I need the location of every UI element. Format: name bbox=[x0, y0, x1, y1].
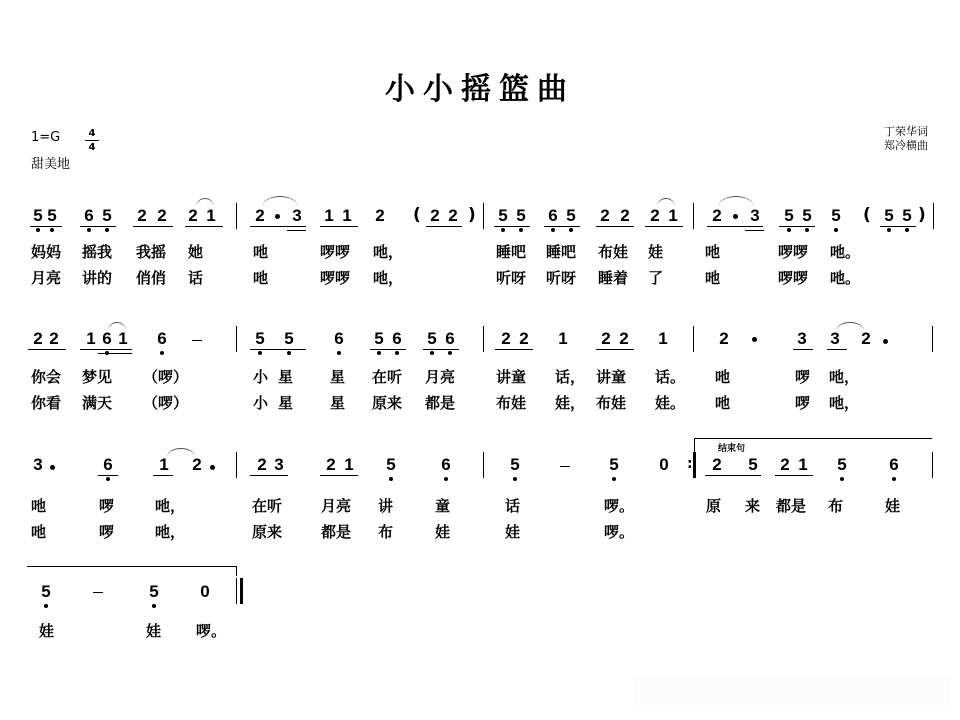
lyric: 啰啰 bbox=[320, 241, 350, 262]
bar-line bbox=[933, 203, 934, 229]
fraction-bar bbox=[85, 140, 99, 141]
note: 2 bbox=[599, 330, 613, 348]
note: 2 bbox=[253, 207, 267, 225]
lyric: 月亮 bbox=[425, 366, 455, 387]
song-title: 小小摇篮曲 bbox=[0, 64, 960, 108]
underline bbox=[28, 349, 66, 350]
lyric: 睡吧 bbox=[496, 241, 526, 262]
underline bbox=[793, 349, 813, 350]
note: 2 bbox=[190, 456, 204, 474]
note: 2 bbox=[517, 330, 531, 348]
lyric: 吔， bbox=[155, 521, 185, 542]
lyric: 话。 bbox=[655, 366, 685, 387]
lyric: 小 bbox=[253, 392, 268, 413]
note: 2 bbox=[155, 207, 169, 225]
note: 6 bbox=[390, 330, 404, 348]
note: 5 bbox=[100, 207, 114, 225]
bar-line bbox=[236, 203, 237, 229]
augmentation-dot bbox=[210, 465, 215, 470]
lyric: 吔 bbox=[31, 495, 46, 516]
lyric: 吔， bbox=[373, 267, 403, 288]
note: 5 bbox=[800, 207, 814, 225]
lyric: 啰 bbox=[795, 392, 810, 413]
note: 0 bbox=[198, 583, 212, 601]
note: 2 bbox=[618, 207, 632, 225]
lyric: 月亮 bbox=[321, 495, 351, 516]
lyric: 娃 bbox=[885, 495, 900, 516]
key-signature: 1=G bbox=[31, 130, 60, 145]
lyric: 睡吧 bbox=[546, 241, 576, 262]
underline bbox=[880, 226, 916, 227]
underline bbox=[645, 226, 683, 227]
note: 2 bbox=[446, 207, 460, 225]
augmentation-dot bbox=[752, 337, 757, 342]
underline bbox=[495, 349, 533, 350]
note: 5 bbox=[253, 330, 267, 348]
lyric: 吔 bbox=[705, 241, 720, 262]
close-paren: ) bbox=[468, 205, 476, 225]
note: 3 bbox=[31, 456, 45, 474]
note: 6 bbox=[887, 456, 901, 474]
lyric: 吔， bbox=[155, 495, 185, 516]
note: 2 bbox=[778, 456, 792, 474]
note: 5 bbox=[425, 330, 439, 348]
note: 6 bbox=[546, 207, 560, 225]
bar-line bbox=[932, 326, 933, 352]
note: 3 bbox=[748, 207, 762, 225]
lyric: 星 bbox=[278, 392, 293, 413]
note: 5 bbox=[829, 207, 843, 225]
note: 5 bbox=[384, 456, 398, 474]
slur bbox=[167, 448, 195, 457]
time-signature-bottom: 4 bbox=[85, 142, 99, 153]
lyric: 布 bbox=[378, 521, 393, 542]
note: 3 bbox=[795, 330, 809, 348]
lyric: 吔。 bbox=[830, 241, 860, 262]
lyric: 妈妈 bbox=[31, 241, 61, 262]
note: 2 bbox=[324, 456, 338, 474]
open-paren: ( bbox=[413, 205, 421, 225]
lyric: 摇我 bbox=[82, 241, 112, 262]
lyric: 话 bbox=[188, 267, 203, 288]
lyric: 原来 bbox=[372, 392, 402, 413]
lyric: 吔， bbox=[829, 392, 859, 413]
underline bbox=[320, 475, 358, 476]
note: 1 bbox=[322, 207, 336, 225]
note: 2 bbox=[31, 330, 45, 348]
dash bbox=[93, 592, 103, 593]
note: 1 bbox=[84, 330, 98, 348]
underline bbox=[745, 230, 764, 231]
lyric: 啰。 bbox=[604, 521, 634, 542]
note: 6 bbox=[439, 456, 453, 474]
note: 5 bbox=[39, 583, 53, 601]
lyric: 啰 bbox=[99, 495, 114, 516]
lyric: 娃 bbox=[505, 521, 520, 542]
lyric: 满天 bbox=[82, 392, 112, 413]
ending-label: 结束句 bbox=[718, 441, 745, 454]
underline bbox=[250, 226, 306, 227]
note: 2 bbox=[186, 207, 200, 225]
underline bbox=[707, 226, 763, 227]
bar-line bbox=[483, 452, 484, 478]
lyric: 听呀 bbox=[546, 267, 576, 288]
note: 1 bbox=[796, 456, 810, 474]
underline bbox=[185, 226, 223, 227]
note: 2 bbox=[428, 207, 442, 225]
note: 0 bbox=[657, 456, 671, 474]
lyric: 来 bbox=[745, 495, 760, 516]
note: 1 bbox=[556, 330, 570, 348]
credits: 丁荣华词 郑冷横曲 bbox=[884, 125, 928, 153]
lyric: 布娃 bbox=[496, 392, 526, 413]
ending-bracket bbox=[694, 438, 932, 439]
underline bbox=[153, 475, 173, 476]
lyric: 娃 bbox=[146, 620, 161, 641]
underline bbox=[287, 230, 306, 231]
lyric: 啰啰 bbox=[778, 267, 808, 288]
slur bbox=[718, 196, 754, 207]
lyric: 啰。 bbox=[196, 620, 226, 641]
note: 5 bbox=[564, 207, 578, 225]
lyric: 星 bbox=[330, 366, 345, 387]
underline bbox=[133, 226, 173, 227]
note: 3 bbox=[272, 456, 286, 474]
underline bbox=[544, 226, 580, 227]
underline bbox=[370, 349, 406, 350]
note: 2 bbox=[710, 207, 724, 225]
note: 2 bbox=[373, 207, 387, 225]
lyric: 她 bbox=[188, 241, 203, 262]
note: 6 bbox=[100, 330, 114, 348]
note: 2 bbox=[859, 330, 873, 348]
lyric: 在听 bbox=[252, 495, 282, 516]
note: 2 bbox=[47, 330, 61, 348]
slur bbox=[836, 322, 864, 331]
note: 6 bbox=[332, 330, 346, 348]
bar-line bbox=[483, 326, 484, 352]
lyric: 娃 bbox=[39, 620, 54, 641]
lyric: 俏俏 bbox=[136, 267, 166, 288]
lyric: 娃， bbox=[555, 392, 585, 413]
lyric: 了 bbox=[648, 267, 663, 288]
note: 2 bbox=[499, 330, 513, 348]
note: 3 bbox=[290, 207, 304, 225]
bar-line bbox=[693, 203, 694, 229]
dash bbox=[560, 466, 570, 467]
lyric: 都是 bbox=[776, 495, 806, 516]
repeat-bar-line bbox=[693, 452, 696, 478]
lyric: 啰啰 bbox=[320, 267, 350, 288]
lyric: 娃。 bbox=[655, 392, 685, 413]
note: 3 bbox=[828, 330, 842, 348]
bar-line bbox=[483, 203, 484, 229]
lyric: 吔 bbox=[253, 267, 268, 288]
note: 2 bbox=[255, 456, 269, 474]
lyric: 原 bbox=[706, 495, 721, 516]
note: 5 bbox=[514, 207, 528, 225]
note: 5 bbox=[607, 456, 621, 474]
note: 1 bbox=[666, 207, 680, 225]
lyric: 梦见 bbox=[82, 366, 112, 387]
lyric: 讲童 bbox=[496, 366, 526, 387]
lyric: 你会 bbox=[31, 366, 61, 387]
note: 2 bbox=[135, 207, 149, 225]
bar-line bbox=[932, 452, 933, 478]
composer: 郑冷横曲 bbox=[884, 139, 928, 153]
note: 1 bbox=[656, 330, 670, 348]
lyric: 啰。 bbox=[604, 495, 634, 516]
augmentation-dot bbox=[883, 339, 888, 344]
lyric: 在听 bbox=[372, 366, 402, 387]
ending-bracket bbox=[27, 566, 237, 567]
ending-bracket-hook bbox=[694, 438, 695, 452]
underline bbox=[494, 226, 530, 227]
slur bbox=[108, 322, 126, 331]
underline bbox=[320, 226, 358, 227]
lyric: 讲童 bbox=[596, 366, 626, 387]
lyric: 讲的 bbox=[82, 267, 112, 288]
note: 1 bbox=[204, 207, 218, 225]
slur bbox=[196, 198, 214, 207]
underline bbox=[250, 475, 288, 476]
slur bbox=[657, 198, 675, 207]
note: 6 bbox=[101, 456, 115, 474]
note: 5 bbox=[882, 207, 896, 225]
underline bbox=[98, 475, 118, 476]
close-paren: ) bbox=[918, 205, 926, 225]
lyric: 都是 bbox=[425, 392, 455, 413]
note: 6 bbox=[82, 207, 96, 225]
note: 6 bbox=[155, 330, 169, 348]
note: 5 bbox=[746, 456, 760, 474]
lyric: 星 bbox=[278, 366, 293, 387]
lyric: （啰） bbox=[143, 392, 188, 413]
lyric: 吔 bbox=[705, 267, 720, 288]
lyric: 讲 bbox=[378, 495, 393, 516]
lyric: 我摇 bbox=[136, 241, 166, 262]
bar-line bbox=[236, 326, 237, 352]
lyric: （啰） bbox=[143, 366, 188, 387]
underline bbox=[30, 226, 62, 227]
lyric: 啰 bbox=[99, 521, 114, 542]
note: 5 bbox=[900, 207, 914, 225]
underline bbox=[775, 475, 813, 476]
note: 5 bbox=[782, 207, 796, 225]
faint-watermark-area bbox=[633, 675, 951, 711]
lyric: 话， bbox=[555, 366, 585, 387]
note: 1 bbox=[342, 456, 356, 474]
note: 5 bbox=[835, 456, 849, 474]
note: 5 bbox=[372, 330, 386, 348]
lyric: 童 bbox=[435, 495, 450, 516]
note: 1 bbox=[157, 456, 171, 474]
note: 2 bbox=[710, 456, 724, 474]
note: 5 bbox=[31, 207, 45, 225]
underline bbox=[705, 475, 761, 476]
lyric: 布 bbox=[828, 495, 843, 516]
lyric: 你看 bbox=[31, 392, 61, 413]
augmentation-dot bbox=[275, 214, 280, 219]
tempo-marking: 甜美地 bbox=[31, 153, 70, 172]
augmentation-dot bbox=[733, 214, 738, 219]
lyric: 娃 bbox=[648, 241, 663, 262]
note: 2 bbox=[648, 207, 662, 225]
underline bbox=[779, 226, 815, 227]
ending-bracket-hook bbox=[236, 566, 237, 576]
underline bbox=[827, 349, 847, 350]
augmentation-dot bbox=[50, 465, 55, 470]
lyricist: 丁荣华词 bbox=[884, 125, 928, 139]
final-bar-thick bbox=[240, 578, 243, 604]
lyric: 吔 bbox=[31, 521, 46, 542]
underline bbox=[80, 226, 116, 227]
lyric: 吔 bbox=[715, 392, 730, 413]
underline bbox=[596, 349, 634, 350]
lyric: 布娃 bbox=[598, 241, 628, 262]
lyric: 都是 bbox=[321, 521, 351, 542]
bar-line bbox=[236, 452, 237, 478]
lyric: 吔， bbox=[373, 241, 403, 262]
dash bbox=[192, 340, 202, 341]
note: 5 bbox=[496, 207, 510, 225]
time-signature-top: 4 bbox=[85, 128, 99, 139]
lyric: 小 bbox=[253, 366, 268, 387]
note: 6 bbox=[443, 330, 457, 348]
underline bbox=[250, 349, 306, 350]
final-bar-thin bbox=[236, 578, 237, 604]
lyric: 吔。 bbox=[830, 267, 860, 288]
underline bbox=[80, 349, 132, 350]
lyric: 听呀 bbox=[496, 267, 526, 288]
lyric: 月亮 bbox=[31, 267, 61, 288]
note: 1 bbox=[116, 330, 130, 348]
note: 2 bbox=[598, 207, 612, 225]
open-paren: ( bbox=[863, 205, 871, 225]
lyric: 吔， bbox=[829, 366, 859, 387]
lyric: 原来 bbox=[252, 521, 282, 542]
slur bbox=[262, 196, 298, 207]
underline bbox=[426, 226, 462, 227]
lyric: 星 bbox=[330, 392, 345, 413]
underline bbox=[596, 226, 634, 227]
repeat-sign: : bbox=[687, 456, 693, 472]
note: 5 bbox=[508, 456, 522, 474]
lyric: 布娃 bbox=[596, 392, 626, 413]
note: 5 bbox=[45, 207, 59, 225]
note: 2 bbox=[717, 330, 731, 348]
lyric: 娃 bbox=[435, 521, 450, 542]
lyric: 话 bbox=[505, 495, 520, 516]
lyric: 吔 bbox=[715, 366, 730, 387]
lyric: 啰啰 bbox=[778, 241, 808, 262]
bar-line bbox=[693, 326, 694, 352]
note: 5 bbox=[147, 583, 161, 601]
note: 1 bbox=[340, 207, 354, 225]
note: 5 bbox=[282, 330, 296, 348]
lyric: 啰 bbox=[795, 366, 810, 387]
lyric: 吔 bbox=[253, 241, 268, 262]
lyric: 睡着 bbox=[598, 267, 628, 288]
underline bbox=[423, 349, 459, 350]
note: 2 bbox=[617, 330, 631, 348]
underline bbox=[98, 353, 132, 354]
time-signature: 4 4 bbox=[85, 128, 99, 153]
